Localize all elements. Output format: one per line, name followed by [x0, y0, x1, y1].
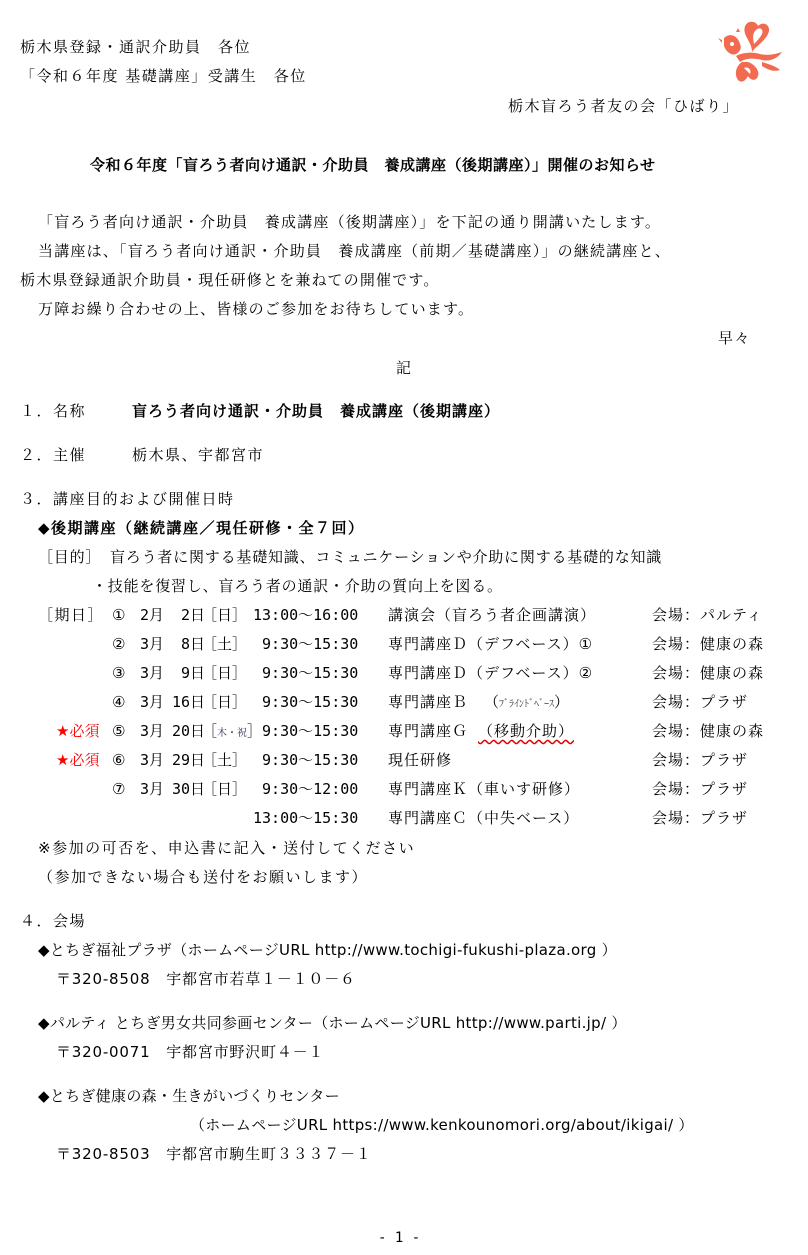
session-weekday: ［日］ [202, 779, 247, 799]
intro-line-3: 栃木県登録通訳介助員・現任研修とを兼ねての開催です。 [20, 270, 440, 290]
venue-address: 〒320-8508 宇都宮市若草１－１０－６ [56, 969, 356, 989]
section-2-value: 栃木県、宇都宮市 [132, 445, 264, 465]
session-course: 専門講座Ｇ [388, 721, 468, 741]
venue-address: 〒320-0071 宇都宮市野沢町４－１ [56, 1042, 324, 1062]
venue-url: （ホームページURL https://www.kenkounomori.org/… [190, 1115, 694, 1135]
session-course-note: （移動介助） [478, 721, 574, 741]
session-venue: 会場：プラザ [652, 808, 748, 828]
session-course: 専門講座Ｄ（デフベース）② [388, 663, 593, 683]
session-month: 3月 [140, 663, 164, 683]
course-heading: ◆後期講座（継続講座／現任研修・全７回） [38, 518, 365, 538]
session-weekday: ［日］ [202, 663, 247, 683]
session-day: 9日 [172, 663, 205, 683]
purpose-line-2: ・技能を復習し、盲ろう者の通訳・介助の質向上を図る。 [92, 576, 503, 596]
session-venue: 会場：パルティ [652, 605, 763, 625]
session-venue: 会場：健康の森 [652, 634, 764, 654]
session-course: 専門講座Ｂ [388, 692, 468, 712]
session-weekday: ［土］ [202, 750, 247, 770]
session-weekday: ［土］ [202, 634, 247, 654]
session-day: 16日 [172, 692, 205, 712]
section-3-label: ３．講座目的および開催日時 [20, 489, 235, 509]
session-month: 3月 [140, 634, 164, 654]
session-course: 専門講座Ｃ（中失ベース） [388, 808, 579, 828]
session-day: 8日 [172, 634, 205, 654]
session-course-note: ﾌﾞﾗｲﾝﾄﾞﾍﾞｰｽ [499, 699, 554, 710]
page-number: - 1 - [378, 1228, 420, 1248]
session-weekday: 木・祝 [217, 728, 247, 739]
sender-name: 栃木盲ろう者友の会「ひばり」 [508, 96, 739, 116]
session-number: ⑥ [112, 750, 125, 770]
session-venue: 会場：健康の森 [652, 721, 764, 741]
section-2-label: ２．主催 [20, 445, 86, 465]
session-time: 13:00～16:00 [253, 605, 358, 625]
session-time: 13:00～15:30 [253, 808, 358, 828]
session-time: 9:30～15:30 [253, 750, 358, 770]
recipient-line-1: 栃木県登録・通訳介助員 各位 [20, 37, 251, 57]
session-weekday: ［日］ [202, 605, 247, 625]
purpose-label: ［目的］ [38, 547, 101, 567]
session-number: ⑤ [112, 721, 125, 741]
session-time: 9:30～15:30 [253, 692, 358, 712]
session-month: 3月 [140, 721, 164, 741]
session-number: ③ [112, 663, 125, 683]
session-month: 3月 [140, 692, 164, 712]
purpose-line-1: 盲ろう者に関する基礎知識、コミュニケーションや介助に関する基礎的な知識 [110, 547, 662, 567]
session-venue: 会場：プラザ [652, 779, 748, 799]
intro-line-4: 万障お繰り合わせの上、皆様のご参加をお待ちしています。 [38, 299, 474, 319]
session-weekday: ［日］ [202, 692, 247, 712]
venue-address: 〒320-8503 宇都宮市駒生町３３３７－１ [56, 1144, 372, 1164]
venue-name: ◆とちぎ福祉プラザ（ホームページURL http://www.tochigi-f… [38, 940, 617, 960]
dates-label: ［期日］ [38, 605, 104, 625]
venue-name: ◆とちぎ健康の森・生きがいづくりセンター [38, 1086, 340, 1106]
session-time: 9:30～15:30 [253, 634, 358, 654]
session-number: ① [112, 605, 125, 625]
session-venue: 会場：プラザ [652, 692, 748, 712]
session-month: 2月 [140, 605, 164, 625]
required-badge: ★必須 [56, 750, 99, 770]
session-time: 9:30～12:00 [253, 779, 358, 799]
session-time: 9:30～15:30 [253, 721, 358, 741]
session-number: ④ [112, 692, 125, 712]
session-time: 9:30～15:30 [253, 663, 358, 683]
session-number: ⑦ [112, 779, 125, 799]
session-course: 現任研修 [388, 750, 452, 770]
session-course: 講演会（盲ろう者企画講演） [388, 605, 596, 625]
session-day: 2日 [172, 605, 205, 625]
session-month: 3月 [140, 750, 164, 770]
venue-name: ◆パルティ とちぎ男女共同参画センター（ホームページURL http://www… [38, 1013, 627, 1033]
session-day: 20日 [172, 721, 205, 741]
session-course: 専門講座Ｄ（デフベース）① [388, 634, 593, 654]
required-badge: ★必須 [56, 721, 99, 741]
page-title: 令和６年度「盲ろう者向け通訳・介助員 養成講座（後期講座）」開催のお知らせ [90, 155, 656, 175]
intro-line-2: 当講座は、「盲ろう者向け通訳・介助員 養成講座（前期／基礎講座）」の継続講座と、 [38, 241, 671, 261]
ki-heading: 記 [396, 358, 413, 378]
session-venue: 会場：健康の森 [652, 663, 764, 683]
intro-line-1: 「盲ろう者向け通訳・介助員 養成講座（後期講座）」を下記の通り開講いたします。 [38, 212, 661, 232]
session-day: 30日 [172, 779, 205, 799]
session-course: 専門講座Ｋ（車いす研修） [388, 779, 580, 799]
hibari-bird-logo-icon [716, 18, 784, 86]
session-number: ② [112, 634, 125, 654]
note-line-1: ※参加の可否を、申込書に記入・送付してください [38, 838, 415, 858]
section-1-label: １．名称 [20, 401, 86, 421]
section-1-value: 盲ろう者向け通訳・介助員 養成講座（後期講座） [132, 401, 500, 421]
note-line-2: （参加できない場合も送付をお願いします） [38, 867, 368, 887]
session-month: 3月 [140, 779, 164, 799]
session-venue: 会場：プラザ [652, 750, 748, 770]
section-4-label: ４．会場 [20, 911, 86, 931]
session-day: 29日 [172, 750, 205, 770]
closing-phrase: 早々 [718, 328, 751, 348]
recipient-line-2: 「令和６年度 基礎講座」受講生 各位 [20, 66, 307, 86]
